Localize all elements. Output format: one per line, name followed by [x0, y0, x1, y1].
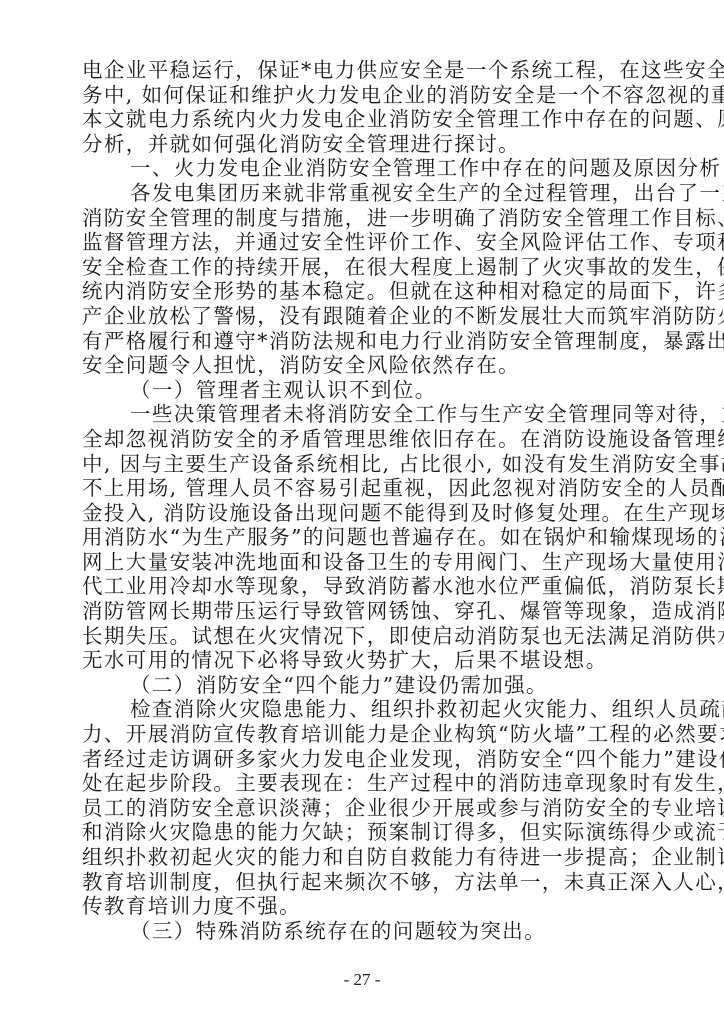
heading-line: 一、火力发电企业消防安全管理工作中存在的问题及原因分析 — [82, 156, 640, 181]
text-line: 传教育培训力度不强。 — [82, 894, 640, 919]
page-number: - 27 - — [0, 970, 724, 990]
heading-line: （一）管理者主观认识不到位。 — [82, 378, 640, 403]
intro-paragraph: 电企业平稳运行，保证*电力供应安全是一个系统工程，在这些安全保障任 务中, 如何… — [82, 58, 640, 156]
text-line: 用消防水“为生产服务”的问题也普遍存在。如在锅炉和输煤现场的消防管 — [82, 525, 640, 550]
text-line: 全却忽视消防安全的矛盾管理思维依旧存在。在消防设施设备管理维护工作 — [82, 427, 640, 452]
text-line: 代工业用冷却水等现象，导致消防蓄水池水位严重偏低，消防泵长期运行， — [82, 574, 640, 599]
text-line: 一些决策管理者未将消防安全工作与生产安全管理同等对待，重生产安 — [82, 402, 640, 427]
text-line: 检查消除火灾隐患能力、组织扑救初起火灾能力、组织人员疏散逃生能 — [82, 697, 640, 722]
text-line: 者经过走访调研多家火力发电企业发现，消防安全“四个能力”建设仍普遍 — [82, 747, 640, 772]
text-line: 安全问题令人担忧，消防安全风险依然存在。 — [82, 353, 640, 378]
text-line: 教育培训制度，但执行起来频次不够，方法单一，未真正深入人心，消防宣 — [82, 870, 640, 895]
body-paragraph: 各发电集团历来就非常重视安全生产的全过程管理，出台了一系列有关 消防安全管理的制… — [82, 181, 640, 378]
text-line: 各发电集团历来就非常重视安全生产的全过程管理，出台了一系列有关 — [82, 181, 640, 206]
text-line: 中, 因与主要生产设备系统相比, 占比很小, 如没有发生消防安全事故, 似乎派 — [82, 452, 640, 477]
text-line: 分析，并就如何强化消防安全管理进行探讨。 — [82, 132, 640, 157]
heading-line: （三）特殊消防系统存在的问题较为突出。 — [82, 919, 640, 944]
text-line: 金投入, 消防设施设备出现问题不能得到及时修复处理。在生产现场大量使 — [82, 501, 640, 526]
heading-line: （二）消防安全“四个能力”建设仍需加强。 — [82, 673, 640, 698]
text-line: 统内消防安全形势的基本稳定。但就在这种相对稳定的局面下，许多基层生 — [82, 279, 640, 304]
text-line: 不上用场, 管理人员不容易引起重视，因此忽视对消防安全的人员配备、资 — [82, 476, 640, 501]
text-line: 监督管理方法，并通过安全性评价工作、安全风险评估工作、专项和季节性 — [82, 230, 640, 255]
subsection-heading: （三）特殊消防系统存在的问题较为突出。 — [82, 919, 640, 944]
text-line: 力、开展消防宣传教育培训能力是企业构筑“防火墙”工程的必然要求。笔 — [82, 722, 640, 747]
text-line: 处在起步阶段。主要表现在：生产过程中的消防违章现象时有发生，管理者、 — [82, 771, 640, 796]
text-line: 网上大量安装冲洗地面和设备卫生的专用阀门、生产现场大量使用消防水替 — [82, 550, 640, 575]
document-page: 电企业平稳运行，保证*电力供应安全是一个系统工程，在这些安全保障任 务中, 如何… — [82, 58, 640, 943]
text-line: 消防安全管理的制度与措施，进一步明确了消防安全管理工作目标、内容和 — [82, 206, 640, 231]
text-line: 组织扑救初起火灾的能力和自防自救能力有待进一步提高；企业制订了宣传 — [82, 845, 640, 870]
body-paragraph: 检查消除火灾隐患能力、组织扑救初起火灾能力、组织人员疏散逃生能 力、开展消防宣传… — [82, 697, 640, 918]
text-line: 电企业平稳运行，保证*电力供应安全是一个系统工程，在这些安全保障任 — [82, 58, 640, 83]
text-line: 务中, 如何保证和维护火力发电企业的消防安全是一个不容忽视的重要课题。 — [82, 83, 640, 108]
text-line: 消防管网长期带压运行导致管网锈蚀、穿孔、爆管等现象，造成消防水管网 — [82, 599, 640, 624]
text-line: 产企业放松了警惕，没有跟随着企业的不断发展壮大而筑牢消防防火墙，没 — [82, 304, 640, 329]
text-line: 安全检查工作的持续开展，在很大程度上遏制了火灾事故的发生，保持了系 — [82, 255, 640, 280]
subsection-heading: （一）管理者主观认识不到位。 — [82, 378, 640, 403]
text-line: 本文就电力系统内火力发电企业消防安全管理工作中存在的问题、原因进行 — [82, 107, 640, 132]
section-heading: 一、火力发电企业消防安全管理工作中存在的问题及原因分析 — [82, 156, 640, 181]
text-line: 员工的消防安全意识淡薄；企业很少开展或参与消防安全的专业培训，发现 — [82, 796, 640, 821]
text-line: 长期失压。试想在火灾情况下，即使启动消防泵也无法满足消防供水量，在 — [82, 624, 640, 649]
text-line: 有严格履行和遵守*消防法规和电力行业消防安全管理制度，暴露出的消防 — [82, 329, 640, 354]
body-paragraph: 一些决策管理者未将消防安全工作与生产安全管理同等对待，重生产安 全却忽视消防安全… — [82, 402, 640, 673]
subsection-heading: （二）消防安全“四个能力”建设仍需加强。 — [82, 673, 640, 698]
text-line: 和消除火灾隐患的能力欠缺；预案制订得多，但实际演练得少或流于形式， — [82, 820, 640, 845]
text-line: 无水可用的情况下必将导致火势扩大，后果不堪设想。 — [82, 648, 640, 673]
